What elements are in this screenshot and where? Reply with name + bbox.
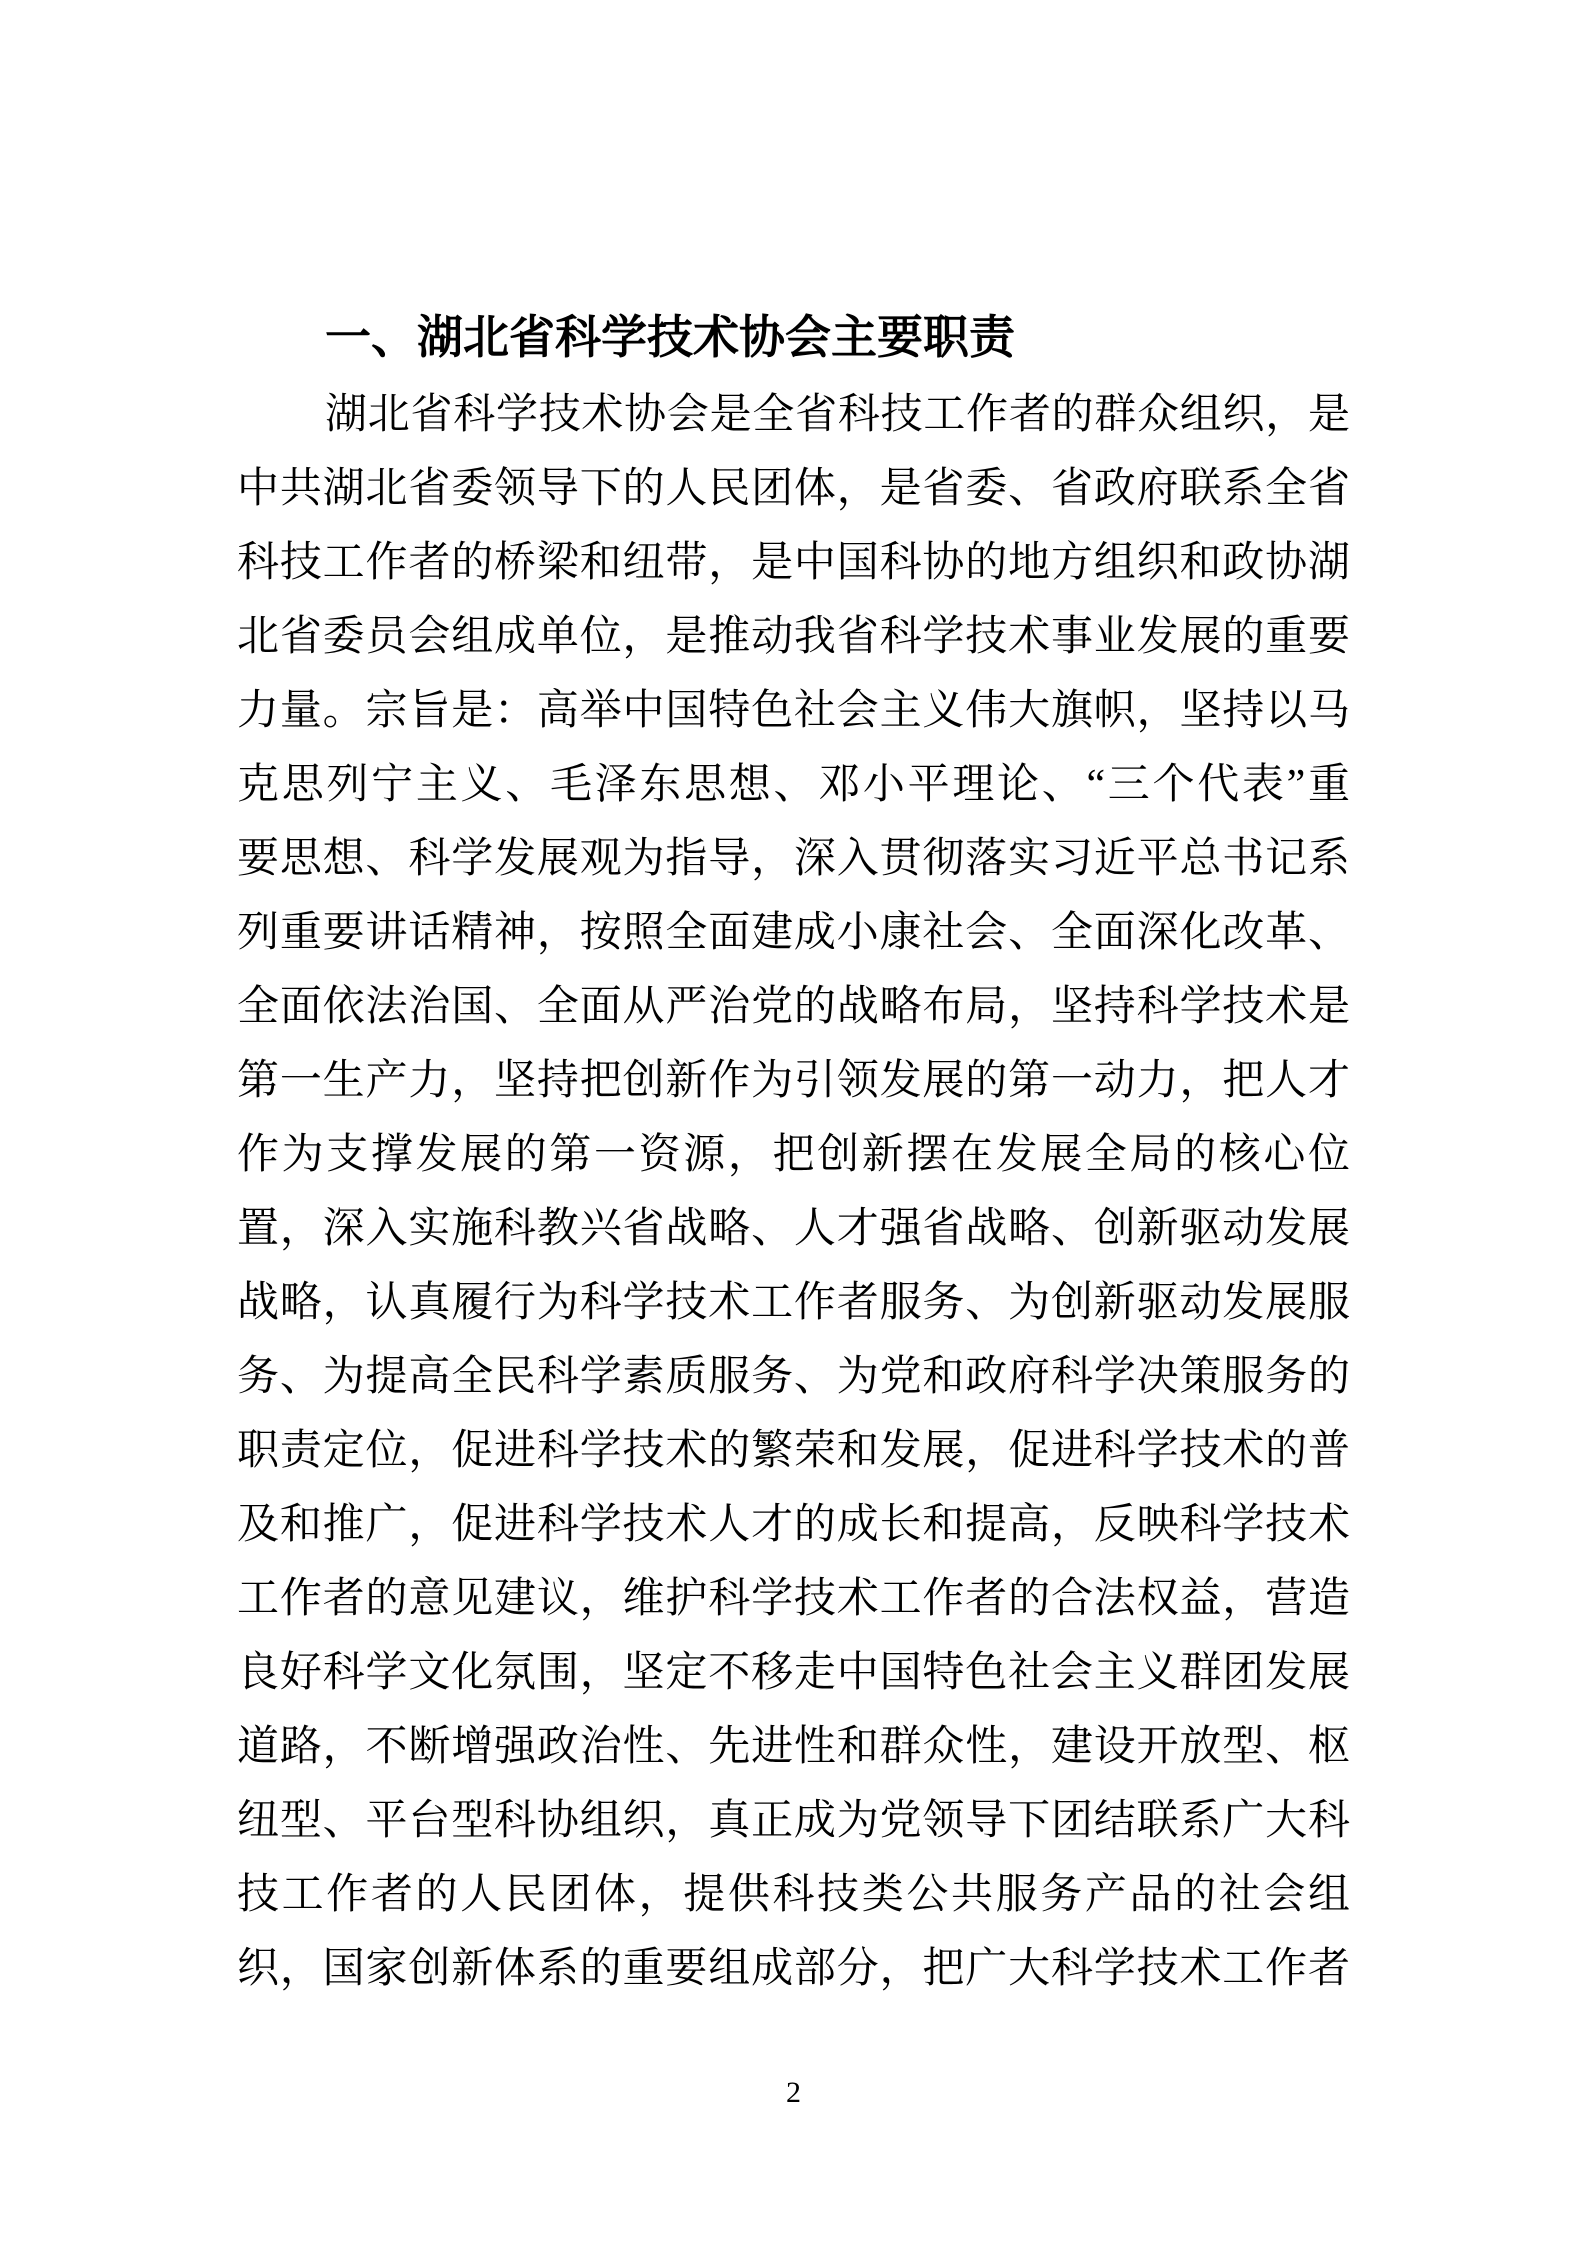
body-line: 技工作者的人民团体，提供科技类公共服务产品的社会组 [237, 1858, 1350, 1932]
body-line: 力量。宗旨是：高举中国特色社会主义伟大旗帜，坚持以马 [237, 674, 1350, 748]
page-number: 2 [0, 2076, 1587, 2110]
body-line: 纽型、平台型科协组织，真正成为党领导下团结联系广大科 [237, 1784, 1350, 1858]
body-line: 道路，不断增强政治性、先进性和群众性，建设开放型、枢 [237, 1710, 1350, 1784]
section-heading: 一、湖北省科学技术协会主要职责 [237, 296, 1350, 378]
body-line: 及和推广，促进科学技术人才的成长和提高，反映科学技术 [237, 1488, 1350, 1562]
body-line: 战略，认真履行为科学技术工作者服务、为创新驱动发展服 [237, 1266, 1350, 1340]
body-line: 工作者的意见建议，维护科学技术工作者的合法权益，营造 [237, 1562, 1350, 1636]
body-line: 置，深入实施科教兴省战略、人才强省战略、创新驱动发展 [237, 1192, 1350, 1266]
body-line: 作为支撑发展的第一资源，把创新摆在发展全局的核心位 [237, 1118, 1350, 1192]
body-line: 良好科学文化氛围，坚定不移走中国特色社会主义群团发展 [237, 1636, 1350, 1710]
body-paragraph: 湖北省科学技术协会是全省科技工作者的群众组织，是中共湖北省委领导下的人民团体，是… [237, 378, 1350, 2006]
body-line: 职责定位，促进科学技术的繁荣和发展，促进科学技术的普 [237, 1414, 1350, 1488]
body-line: 务、为提高全民科学素质服务、为党和政府科学决策服务的 [237, 1340, 1350, 1414]
document-content: 一、湖北省科学技术协会主要职责 湖北省科学技术协会是全省科技工作者的群众组织，是… [237, 296, 1350, 2006]
document-page: 一、湖北省科学技术协会主要职责 湖北省科学技术协会是全省科技工作者的群众组织，是… [0, 0, 1587, 2245]
body-line: 湖北省科学技术协会是全省科技工作者的群众组织，是 [237, 378, 1350, 452]
body-line: 北省委员会组成单位，是推动我省科学技术事业发展的重要 [237, 600, 1350, 674]
body-line: 列重要讲话精神，按照全面建成小康社会、全面深化改革、 [237, 896, 1350, 970]
body-line: 中共湖北省委领导下的人民团体，是省委、省政府联系全省 [237, 452, 1350, 526]
body-line: 织，国家创新体系的重要组成部分，把广大科学技术工作者 [237, 1932, 1350, 2006]
body-line: 第一生产力，坚持把创新作为引领发展的第一动力，把人才 [237, 1044, 1350, 1118]
body-line: 克思列宁主义、毛泽东思想、邓小平理论、“三个代表”重 [237, 748, 1350, 822]
body-line: 全面依法治国、全面从严治党的战略布局，坚持科学技术是 [237, 970, 1350, 1044]
body-line: 要思想、科学发展观为指导，深入贯彻落实习近平总书记系 [237, 822, 1350, 896]
body-line: 科技工作者的桥梁和纽带，是中国科协的地方组织和政协湖 [237, 526, 1350, 600]
